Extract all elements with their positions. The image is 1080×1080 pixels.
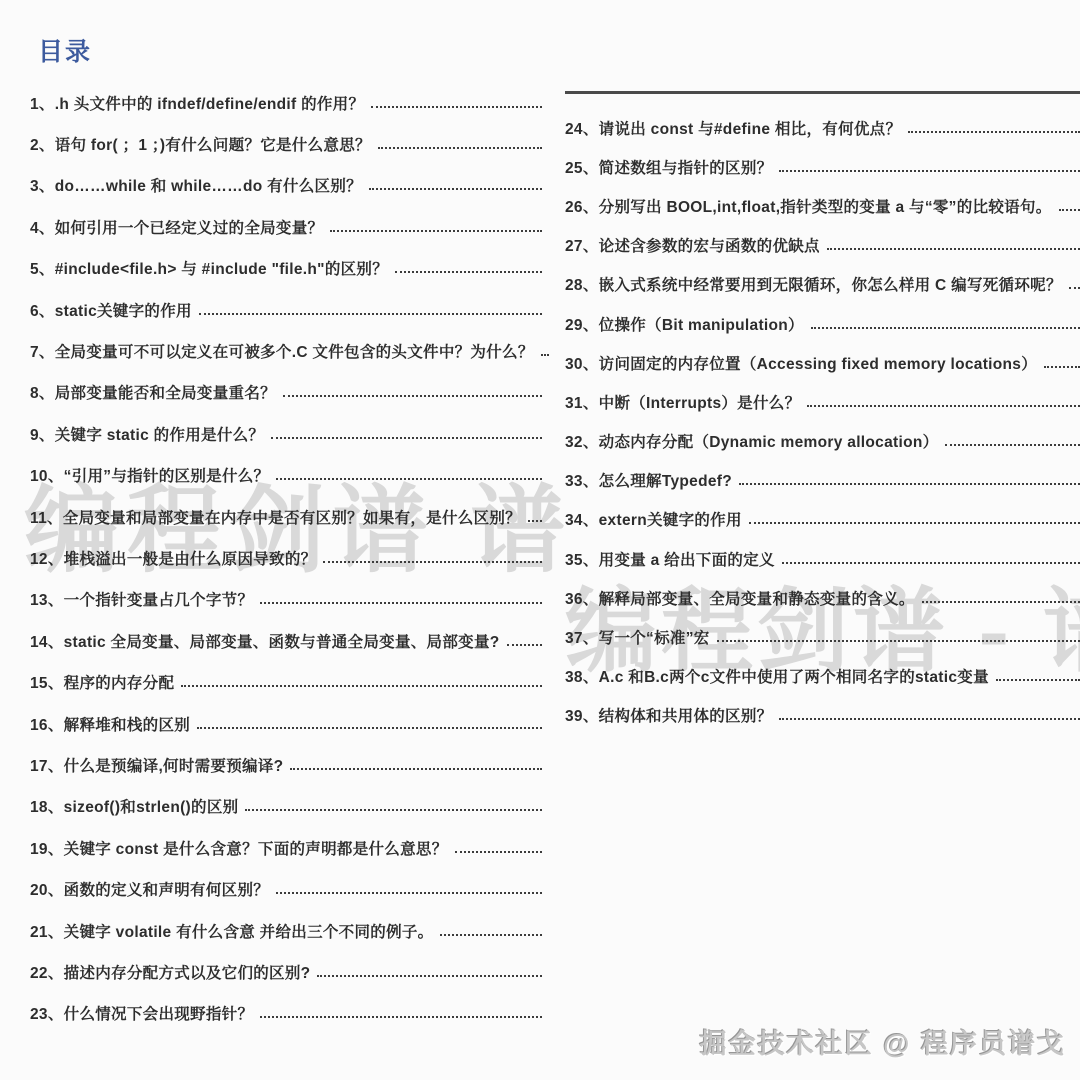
toc-entry: 15、程序的内存分配 (30, 661, 542, 702)
toc-entry: 5、#include<file.h> 与 #include "file.h"的区… (30, 248, 542, 289)
toc-entry-text: 12、堆栈溢出一般是由什么原因导致的？ (30, 547, 316, 569)
toc-right-column: 24、请说出 const 与#define 相比，有何优点？25、简述数组与指针… (565, 108, 1080, 735)
toc-entry: 14、static 全局变量、局部变量、函数与普通全局变量、局部变量? (30, 620, 542, 661)
toc-entry-text: 37、写一个“标准”宏 (565, 626, 710, 648)
toc-entry-text: 22、描述内存分配方式以及它们的区别? (30, 961, 310, 983)
toc-entry-text: 3、do……while 和 while……do 有什么区别？ (30, 174, 362, 196)
dotted-leader (807, 389, 1080, 407)
toc-entry: 33、怎么理解Typedef? (565, 461, 1080, 500)
dotted-leader (541, 338, 549, 356)
dotted-leader (260, 1000, 542, 1018)
toc-entry: 3、do……while 和 while……do 有什么区别？ (30, 165, 542, 206)
toc-entry: 35、用变量 a 给出下面的定义 (565, 539, 1080, 578)
toc-entry-text: 6、static关键字的作用 (30, 299, 192, 321)
toc-entry-text: 36、解释局部变量、全局变量和静态变量的含义。 (565, 587, 915, 609)
dotted-leader (922, 585, 1080, 603)
toc-entry: 30、访问固定的内存位置（Accessing fixed memory loca… (565, 343, 1080, 382)
toc-entry: 27、论述含参数的宏与函数的优缺点 (565, 226, 1080, 265)
toc-entry: 4、如何引用一个已经定义过的全局变量？ (30, 206, 542, 247)
dotted-leader (276, 876, 542, 894)
toc-entry: 22、描述内存分配方式以及它们的区别? (30, 951, 542, 992)
dotted-leader (440, 918, 542, 936)
dotted-leader (782, 546, 1080, 564)
toc-entry: 7、全局变量可不可以定义在可被多个.C 文件包含的头文件中？为什么？ (30, 330, 542, 371)
dotted-leader (323, 545, 542, 563)
toc-entry: 25、简述数组与指针的区别？ (565, 147, 1080, 186)
dotted-leader (378, 131, 542, 149)
toc-entry: 1、.h 头文件中的 ifndef/define/endif 的作用？ (30, 82, 542, 123)
dotted-leader (271, 421, 542, 439)
credit-watermark: 掘金技术社区 @ 程序员谱戈 (700, 1022, 1066, 1061)
toc-entry-text: 21、关键字 volatile 有什么含意 并给出三个不同的例子。 (30, 920, 433, 942)
toc-entry-text: 25、简述数组与指针的区别？ (565, 156, 772, 178)
toc-entry: 32、动态内存分配（Dynamic memory allocation） (565, 422, 1080, 461)
toc-entry-text: 34、extern关键字的作用 (565, 508, 742, 530)
toc-entry-text: 23、什么情况下会出现野指针？ (30, 1002, 253, 1024)
page-title: 目录 (38, 32, 92, 68)
toc-entry-text: 15、程序的内存分配 (30, 671, 174, 693)
toc-entry: 34、extern关键字的作用 (565, 500, 1080, 539)
toc-entry-text: 27、论述含参数的宏与函数的优缺点 (565, 234, 820, 256)
dotted-leader (181, 669, 542, 687)
toc-entry: 9、关键字 static 的作用是什么？ (30, 413, 542, 454)
dotted-leader (371, 90, 542, 108)
dotted-leader (1059, 193, 1080, 211)
dotted-leader (779, 702, 1080, 720)
toc-left-column: 1、.h 头文件中的 ifndef/define/endif 的作用？2、语句 … (30, 82, 542, 1034)
dotted-leader (507, 628, 542, 646)
toc-entry: 26、分别写出 BOOL,int,float,指针类型的变量 a 与“零”的比较… (565, 186, 1080, 225)
toc-entry: 29、位操作（Bit manipulation） (565, 304, 1080, 343)
toc-entry-text: 7、全局变量可不可以定义在可被多个.C 文件包含的头文件中？为什么？ (30, 340, 534, 362)
dotted-leader (717, 624, 1080, 642)
toc-entry: 6、static关键字的作用 (30, 289, 542, 330)
toc-entry: 24、请说出 const 与#define 相比，有何优点？ (565, 108, 1080, 147)
toc-entry: 19、关键字 const 是什么含意？下面的声明都是什么意思？ (30, 827, 542, 868)
toc-entry-text: 39、结构体和共用体的区别？ (565, 704, 772, 726)
toc-entry-text: 38、A.c 和B.c两个c文件中使用了两个相同名字的static变量 (565, 665, 989, 687)
toc-entry: 13、一个指针变量占几个字节？ (30, 579, 542, 620)
dotted-leader (395, 255, 542, 273)
toc-entry: 11、全局变量和局部变量在内存中是否有区别？如果有，是什么区别？ (30, 496, 542, 537)
dotted-leader (197, 711, 542, 729)
toc-entry-text: 31、中断（Interrupts）是什么？ (565, 391, 800, 413)
toc-entry-text: 35、用变量 a 给出下面的定义 (565, 548, 775, 570)
dotted-leader (528, 504, 542, 522)
toc-entry: 16、解释堆和栈的区别 (30, 703, 542, 744)
dotted-leader (290, 752, 542, 770)
dotted-leader (811, 311, 1080, 329)
dotted-leader (276, 462, 542, 480)
toc-entry-text: 14、static 全局变量、局部变量、函数与普通全局变量、局部变量? (30, 630, 500, 652)
toc-entry-text: 19、关键字 const 是什么含意？下面的声明都是什么意思？ (30, 837, 448, 859)
dotted-leader (908, 115, 1080, 133)
dotted-leader (283, 379, 542, 397)
toc-entry: 17、什么是预编译,何时需要预编译? (30, 744, 542, 785)
toc-entry-text: 26、分别写出 BOOL,int,float,指针类型的变量 a 与“零”的比较… (565, 195, 1052, 217)
toc-entry: 31、中断（Interrupts）是什么？ (565, 382, 1080, 421)
toc-entry: 23、什么情况下会出现野指针？ (30, 993, 542, 1034)
toc-entry-text: 5、#include<file.h> 与 #include "file.h"的区… (30, 257, 388, 279)
dotted-leader (199, 297, 542, 315)
toc-entry: 28、嵌入式系统中经常要用到无限循环，你怎么样用 C 编写死循环呢？ (565, 265, 1080, 304)
dotted-leader (749, 506, 1080, 524)
toc-entry-text: 29、位操作（Bit manipulation） (565, 313, 804, 335)
dotted-leader (1069, 271, 1080, 289)
toc-entry: 12、堆栈溢出一般是由什么原因导致的？ (30, 537, 542, 578)
document-page: 目录 编程剑谱 谱戈 编程剑谱 - 谱戈 1、.h 头文件中的 ifndef/d… (0, 0, 1080, 1080)
toc-entry: 21、关键字 volatile 有什么含意 并给出三个不同的例子。 (30, 910, 542, 951)
toc-entry-text: 30、访问固定的内存位置（Accessing fixed memory loca… (565, 352, 1037, 374)
toc-entry: 37、写一个“标准”宏 (565, 617, 1080, 656)
toc-entry-text: 9、关键字 static 的作用是什么？ (30, 423, 264, 445)
dotted-leader (827, 232, 1080, 250)
dotted-leader (317, 959, 542, 977)
toc-entry-text: 24、请说出 const 与#define 相比，有何优点？ (565, 117, 901, 139)
dotted-leader (369, 172, 542, 190)
toc-entry-text: 28、嵌入式系统中经常要用到无限循环，你怎么样用 C 编写死循环呢？ (565, 273, 1062, 295)
toc-entry: 38、A.c 和B.c两个c文件中使用了两个相同名字的static变量 (565, 657, 1080, 696)
dotted-leader (945, 428, 1080, 446)
toc-entry-text: 13、一个指针变量占几个字节？ (30, 588, 253, 610)
toc-entry-text: 2、语句 for( ；1 ；)有什么问题？它是什么意思？ (30, 133, 371, 155)
toc-entry: 20、函数的定义和声明有何区别？ (30, 868, 542, 909)
right-column-top-rule (565, 91, 1080, 94)
dotted-leader (996, 663, 1080, 681)
toc-entry: 2、语句 for( ；1 ；)有什么问题？它是什么意思？ (30, 123, 542, 164)
toc-entry: 18、sizeof()和strlen()的区别 (30, 786, 542, 827)
dotted-leader (330, 214, 542, 232)
toc-entry-text: 1、.h 头文件中的 ifndef/define/endif 的作用？ (30, 92, 364, 114)
toc-entry-text: 16、解释堆和栈的区别 (30, 713, 190, 735)
toc-entry-text: 10、“引用”与指针的区别是什么？ (30, 464, 269, 486)
toc-entry: 8、局部变量能否和全局变量重名？ (30, 372, 542, 413)
dotted-leader (455, 835, 543, 853)
toc-entry: 10、“引用”与指针的区别是什么？ (30, 455, 542, 496)
toc-entry-text: 4、如何引用一个已经定义过的全局变量？ (30, 216, 323, 238)
toc-entry: 39、结构体和共用体的区别？ (565, 696, 1080, 735)
dotted-leader (1044, 350, 1080, 368)
toc-entry-text: 8、局部变量能否和全局变量重名？ (30, 381, 276, 403)
dotted-leader (245, 793, 542, 811)
toc-entry-text: 32、动态内存分配（Dynamic memory allocation） (565, 430, 938, 452)
dotted-leader (260, 586, 542, 604)
dotted-leader (779, 154, 1080, 172)
toc-entry-text: 17、什么是预编译,何时需要预编译? (30, 754, 283, 776)
toc-entry-text: 33、怎么理解Typedef? (565, 469, 732, 491)
toc-entry-text: 18、sizeof()和strlen()的区别 (30, 795, 238, 817)
toc-entry: 36、解释局部变量、全局变量和静态变量的含义。 (565, 578, 1080, 617)
toc-entry-text: 20、函数的定义和声明有何区别？ (30, 878, 269, 900)
dotted-leader (739, 467, 1080, 485)
toc-entry-text: 11、全局变量和局部变量在内存中是否有区别？如果有，是什么区别？ (30, 506, 521, 528)
